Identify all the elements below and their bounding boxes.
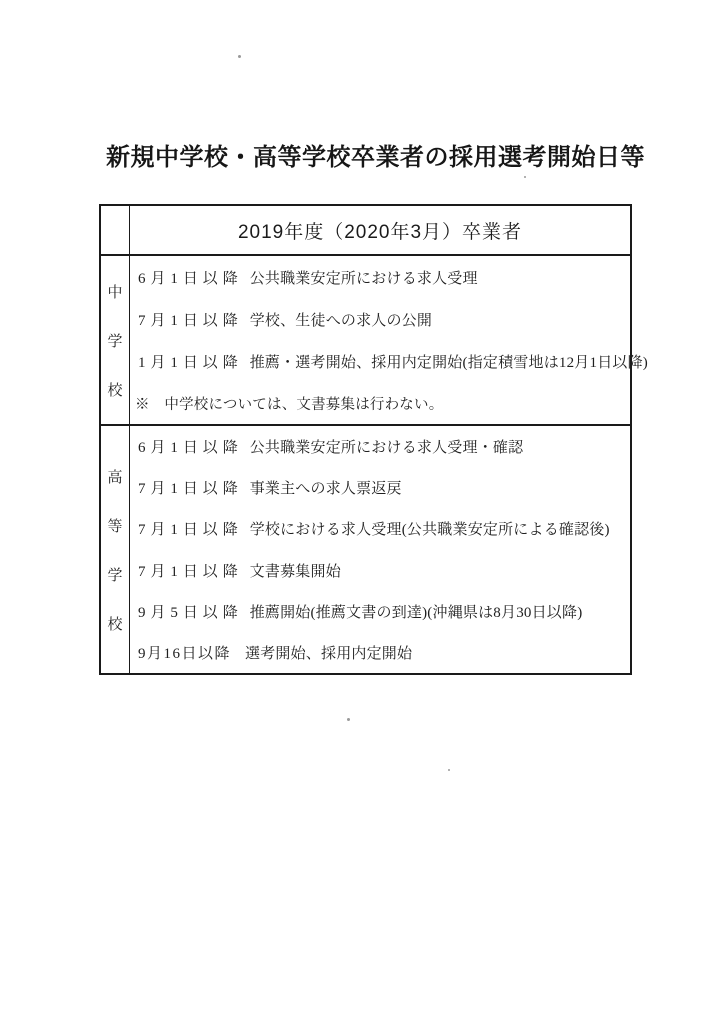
- schedule-description: 推薦・選考開始、採用内定開始(指定積雪地は12月1日以降): [250, 351, 648, 372]
- schedule-date: 7月1日以降: [138, 309, 243, 330]
- schedule-row: 6月1日以降 公共職業安定所における求人受理・確認: [130, 426, 630, 467]
- schedule-description: 文書募集開始: [250, 560, 341, 581]
- schedule-description: 選考開始、採用内定開始: [245, 642, 412, 663]
- schedule-description: 公共職業安定所における求人受理・確認: [250, 436, 524, 457]
- junior-high-schedule-cell: 6月1日以降 公共職業安定所における求人受理 7月1日以降 学校、生徒への求人の…: [130, 256, 648, 424]
- label-char: 中: [107, 281, 122, 302]
- scan-speck: [524, 176, 526, 178]
- schedule-date: 7月1日以降: [138, 518, 243, 539]
- graduates-header: 2019年度（2020年3月）卒業者: [130, 206, 630, 254]
- scan-speck: [238, 55, 241, 58]
- table-corner-cell: [101, 206, 130, 254]
- schedule-date: 9月5日以降: [138, 601, 243, 622]
- schedule-row: 7月1日以降 学校、生徒への求人の公開: [130, 298, 648, 340]
- row-header-junior-high-school: 中 学 校: [101, 256, 130, 424]
- schedule-date: 1月1日以降: [138, 351, 243, 372]
- scan-speck: [448, 769, 450, 771]
- high-school-schedule-cell: 6月1日以降 公共職業安定所における求人受理・確認 7月1日以降 事業主への求人…: [130, 426, 630, 673]
- scan-speck: [347, 718, 350, 721]
- label-char: 学: [107, 330, 122, 351]
- label-char: 学: [107, 564, 122, 585]
- note-row: ※ 中学校については、文書募集は行わない。: [130, 382, 648, 424]
- schedule-date: 9月16日以降: [138, 642, 238, 663]
- schedule-description: 推薦開始(推薦文書の到達)(沖縄県は8月30日以降): [250, 601, 583, 622]
- schedule-row: 9月5日以降 推薦開始(推薦文書の到達)(沖縄県は8月30日以降): [130, 591, 630, 632]
- schedule-date: 6月1日以降: [138, 436, 243, 457]
- scanned-document-page: 新規中学校・高等学校卒業者の採用選考開始日等 2019年度（2020年3月）卒業…: [0, 0, 724, 1024]
- schedule-description: 学校、生徒への求人の公開: [250, 309, 432, 330]
- schedule-date: 7月1日以降: [138, 477, 243, 498]
- schedule-description: 事業主への求人票返戻: [250, 477, 402, 498]
- schedule-row: 7月1日以降 学校における求人受理(公共職業安定所による確認後): [130, 508, 630, 549]
- schedule-description: 公共職業安定所における求人受理: [250, 267, 478, 288]
- row-header-high-school: 高 等 学 校: [101, 426, 130, 673]
- label-char: 校: [107, 613, 122, 634]
- junior-high-note: ※ 中学校については、文書募集は行わない。: [135, 393, 443, 414]
- document-title: 新規中学校・高等学校卒業者の採用選考開始日等: [106, 137, 645, 172]
- schedule-row: 9月16日以降 選考開始、採用内定開始: [130, 632, 630, 673]
- schedule-date: 7月1日以降: [138, 560, 243, 581]
- schedule-description: 学校における求人受理(公共職業安定所による確認後): [250, 518, 610, 539]
- schedule-row: 7月1日以降 事業主への求人票返戻: [130, 467, 630, 508]
- schedule-row: 7月1日以降 文書募集開始: [130, 550, 630, 591]
- section-high-school: 高 等 学 校 6月1日以降 公共職業安定所における求人受理・確認 7月1日以降…: [101, 426, 630, 673]
- schedule-date: 6月1日以降: [138, 267, 243, 288]
- selection-schedule-table: 2019年度（2020年3月）卒業者 中 学 校 6月1日以降 公共職業安定所に…: [99, 204, 632, 675]
- schedule-row: 1月1日以降 推薦・選考開始、採用内定開始(指定積雪地は12月1日以降): [130, 340, 648, 382]
- label-char: 校: [107, 379, 122, 400]
- section-junior-high-school: 中 学 校 6月1日以降 公共職業安定所における求人受理 7月1日以降 学校、生…: [101, 256, 630, 426]
- table-header-row: 2019年度（2020年3月）卒業者: [101, 206, 630, 256]
- schedule-row: 6月1日以降 公共職業安定所における求人受理: [130, 256, 648, 298]
- label-char: 等: [107, 515, 122, 536]
- label-char: 高: [107, 466, 122, 487]
